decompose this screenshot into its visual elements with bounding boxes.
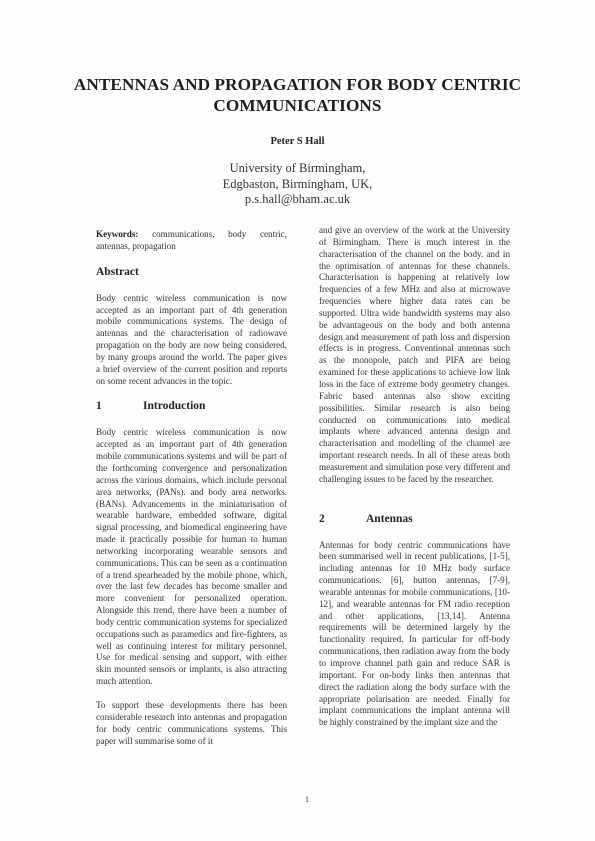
keywords: Keywords: communications, body centric, … (96, 229, 287, 253)
left-column: Keywords: communications, body centric, … (96, 229, 287, 759)
right-column: and give an overview of the work at the … (319, 225, 510, 741)
paper-page: ANTENNAS AND PROPAGATION FOR BODY CENTRI… (0, 0, 595, 841)
section-heading-antennas: 2Antennas (319, 512, 510, 526)
paper-title: ANTENNAS AND PROPAGATION FOR BODY CENTRI… (60, 74, 535, 116)
abstract-text: Body centric wireless communication is n… (96, 293, 287, 388)
intro-paragraph-2: To support these developments there has … (96, 700, 287, 747)
antennas-paragraph-1: Antennas for body centric communications… (319, 540, 510, 730)
author-name: Peter S Hall (0, 136, 595, 147)
section-title: Antennas (366, 513, 413, 525)
section-number: 2 (319, 512, 366, 526)
keywords-label: Keywords: (96, 229, 138, 239)
affiliation-address: Edgbaston, Birmingham, UK, (0, 177, 595, 193)
abstract-heading: Abstract (96, 265, 287, 279)
intro-paragraph-1: Body centric wireless communication is n… (96, 427, 287, 688)
section-heading-introduction: 1Introduction (96, 399, 287, 413)
section-number: 1 (96, 399, 143, 413)
affiliation-block: University of Birmingham, Edgbaston, Bir… (0, 161, 595, 208)
affiliation-university: University of Birmingham, (0, 161, 595, 177)
affiliation-email: p.s.hall@bham.ac.uk (0, 192, 595, 208)
page-number: 1 (305, 795, 309, 804)
section-title: Introduction (143, 400, 205, 412)
intro-paragraph-3: and give an overview of the work at the … (319, 225, 510, 486)
